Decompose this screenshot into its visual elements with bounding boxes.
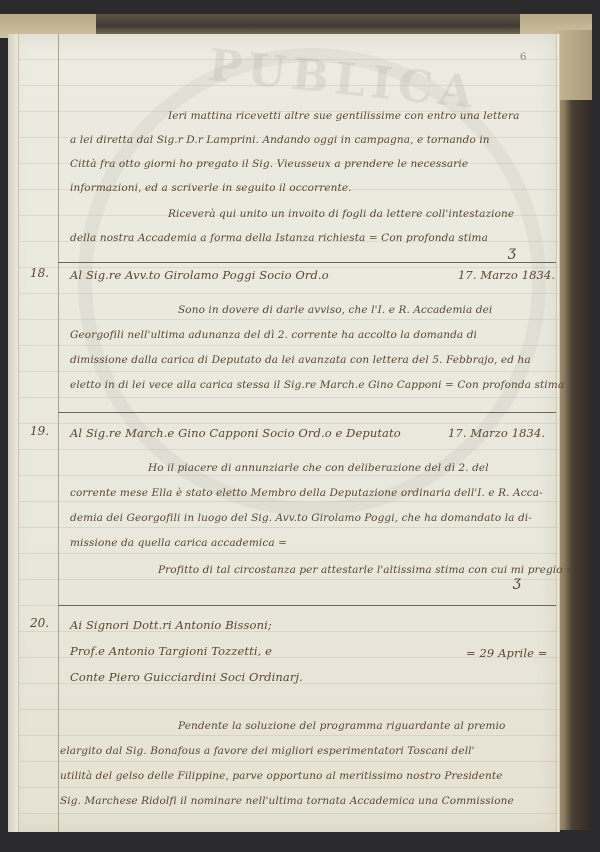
entry-addressee: Ai Signori Dott.ri Antonio Bissoni; — [70, 618, 272, 632]
entry-addressee: Al Sig.re Avv.to Girolamo Poggi Socio Or… — [70, 268, 329, 282]
entry-divider — [58, 262, 556, 263]
text-line: elargito dal Sig. Bonafous a favore dei … — [60, 745, 475, 757]
entry-divider — [58, 412, 556, 413]
text-line: dimissione dalla carica di Deputato da l… — [70, 354, 531, 366]
text-line: Ieri mattina ricevetti altre sue gentili… — [168, 110, 519, 122]
text-line: Pendente la soluzione del programma rigu… — [178, 720, 505, 732]
text-line: della nostra Accademia a forma della Ist… — [70, 232, 488, 244]
text-line: Riceverà qui unito un invoito di fogli d… — [168, 208, 514, 220]
text-line: Sig. Marchese Ridolfi il nominare nell'u… — [60, 795, 514, 807]
entry-addressee: Conte Piero Guicciardini Soci Ordinarj. — [70, 670, 303, 684]
text-line: demia dei Georgofili in luogo del Sig. A… — [70, 512, 532, 524]
text-line: eletto in di lei vece alla carica stessa… — [70, 379, 564, 391]
entry-addressee: Prof.e Antonio Targioni Tozzetti, e — [70, 644, 272, 658]
entry-date: 17. Marzo 1834. — [448, 426, 545, 440]
text-line: missione da quella carica accademica = — [70, 537, 287, 549]
closing-flourish: ʒ — [508, 244, 516, 260]
text-line: Sono in dovere di darle avviso, che l'I.… — [178, 304, 492, 316]
entry-addressee: Al Sig.re March.e Gino Capponi Socio Ord… — [70, 426, 401, 440]
text-line: utilità del gelso delle Filippine, parve… — [60, 770, 503, 782]
closing-flourish: ʒ — [513, 574, 521, 590]
text-line: Georgofili nell'ultima adunanza del dì 2… — [70, 329, 477, 341]
text-line: corrente mese Ella è stato eletto Membro… — [70, 487, 543, 499]
text-line: a lei diretta dal Sig.r D.r Lamprini. An… — [70, 134, 490, 146]
watermark-text: PUBLICA — [206, 40, 481, 119]
entry-date: 17. Marzo 1834. — [458, 268, 555, 282]
entry-date: = 29 Aprile = — [466, 646, 548, 660]
margin-rule — [58, 34, 59, 832]
text-line: informazioni, ed a scriverle in seguito … — [70, 182, 352, 194]
page-gutter — [8, 34, 19, 832]
entry-number: 18. — [30, 266, 49, 280]
entry-divider — [58, 605, 556, 606]
manuscript-page: PUBLICA 6 Ieri mattina ricevetti altre s… — [8, 34, 560, 832]
page-number: 6 — [520, 52, 526, 63]
entry-number: 20. — [30, 616, 49, 630]
text-line: Città fra otto giorni ho pregato il Sig.… — [70, 158, 468, 170]
entry-number: 19. — [30, 424, 49, 438]
text-line: Ho il piacere di annunziarle che con del… — [148, 462, 489, 474]
